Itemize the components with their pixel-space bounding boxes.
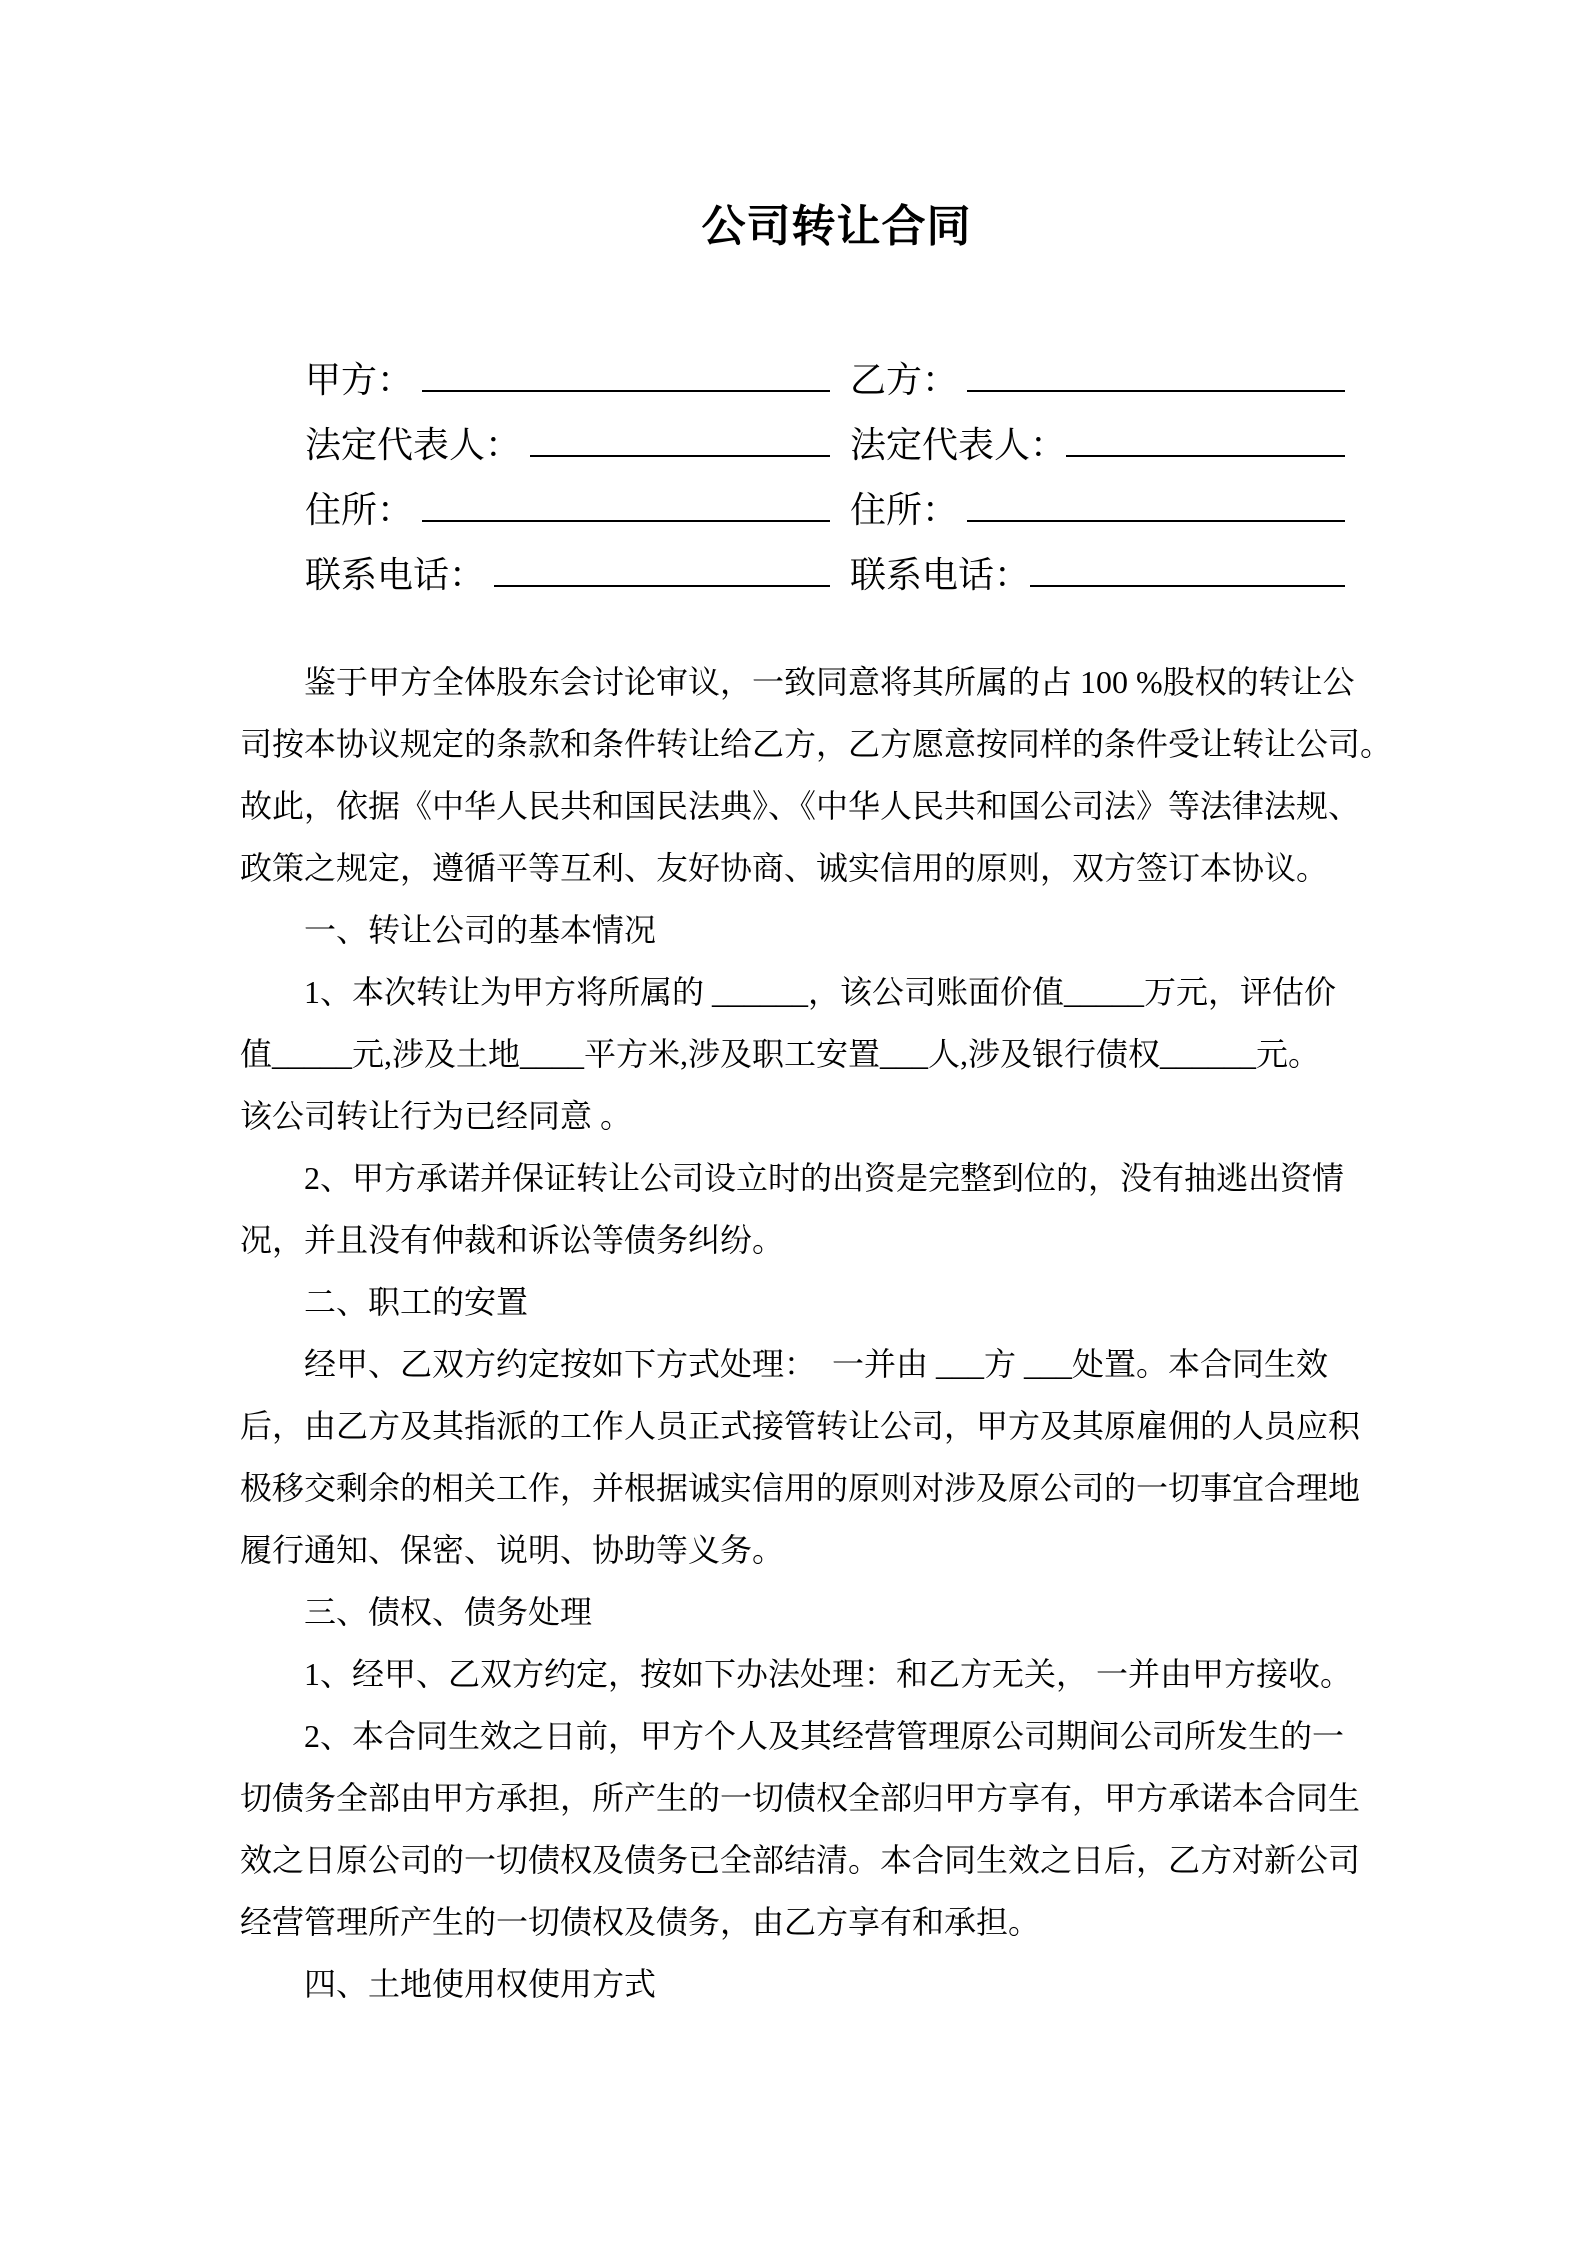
party-b-address-blank-line	[967, 486, 1345, 522]
party-b-legal-rep-blank-line	[1066, 421, 1345, 457]
paragraph-line: 况，并且没有仲裁和诉讼等债务纠纷。	[240, 1209, 1407, 1271]
paragraph-line: 经营管理所产生的一切债权及债务，由乙方享有和承担。	[240, 1891, 1407, 1953]
party-a-address-label: 住所：	[305, 482, 422, 533]
party-b-phone-label: 联系电话：	[850, 547, 1030, 598]
paragraph-line: 1、经甲、乙双方约定，按如下办法处理：和乙方无关， 一并由甲方接收。	[240, 1643, 1407, 1705]
page-title: 公司转让合同	[0, 0, 1587, 252]
party-a-name-blank-line	[422, 356, 830, 392]
party-b-label: 乙方：	[850, 352, 967, 403]
paragraph-line: 2、甲方承诺并保证转让公司设立时的出资是完整到位的，没有抽逃出资情	[240, 1147, 1407, 1209]
party-a-phone-blank-line	[494, 551, 830, 587]
paragraph-line: 效之日原公司的一切债权及债务已全部结清。本合同生效之日后，乙方对新公司	[240, 1829, 1407, 1891]
party-a-legal-rep-label: 法定代表人：	[305, 417, 530, 468]
party-info-form: 甲方： 乙方： 法定代表人： 法定代表人： 住所：	[0, 345, 1587, 605]
paragraph-line: 后，由乙方及其指派的工作人员正式接管转让公司，甲方及其原雇佣的人员应积	[240, 1395, 1407, 1457]
contract-body: 鉴于甲方全体股东会讨论审议，一致同意将其所属的占 100 %股权的转让公 司按本…	[240, 651, 1407, 2015]
party-b-address-label: 住所：	[850, 482, 967, 533]
party-a-address-blank-line	[422, 486, 830, 522]
party-b-address-field: 住所：	[850, 482, 1345, 533]
form-row-legal-rep: 法定代表人： 法定代表人：	[0, 410, 1587, 475]
party-b-name-field: 乙方：	[850, 352, 1345, 403]
form-row-address: 住所： 住所：	[0, 475, 1587, 540]
paragraph-line: 值_____元,涉及土地____平方米,涉及职工安置___人,涉及银行债权___…	[240, 1023, 1407, 1085]
paragraph-line: 经甲、乙双方约定按如下方式处理： 一并由 ___方 ___处置。本合同生效	[240, 1333, 1407, 1395]
paragraph-line: 故此，依据《中华人民共和国民法典》、《中华人民共和国公司法》等法律法规、	[240, 775, 1407, 837]
section-heading-line: 四、土地使用权使用方式	[240, 1953, 1407, 2015]
party-a-legal-rep-blank-line	[530, 421, 830, 457]
paragraph-line: 该公司转让行为已经同意 。	[240, 1085, 1407, 1147]
form-row-phone: 联系电话： 联系电话：	[0, 540, 1587, 605]
party-a-legal-rep-field: 法定代表人：	[305, 417, 830, 468]
party-a-name-field: 甲方：	[305, 352, 830, 403]
form-row-party: 甲方： 乙方：	[0, 345, 1587, 410]
party-b-phone-field: 联系电话：	[850, 547, 1345, 598]
party-a-address-field: 住所：	[305, 482, 830, 533]
paragraph-line: 司按本协议规定的条款和条件转让给乙方，乙方愿意按同样的条件受让转让公司。	[240, 713, 1407, 775]
party-a-phone-field: 联系电话：	[305, 547, 830, 598]
section-heading-line: 一、转让公司的基本情况	[240, 899, 1407, 961]
party-a-phone-label: 联系电话：	[305, 547, 494, 598]
paragraph-line: 切债务全部由甲方承担，所产生的一切债权全部归甲方享有，甲方承诺本合同生	[240, 1767, 1407, 1829]
party-b-name-blank-line	[967, 356, 1345, 392]
paragraph-line: 极移交剩余的相关工作，并根据诚实信用的原则对涉及原公司的一切事宜合理地	[240, 1457, 1407, 1519]
party-b-phone-blank-line	[1030, 551, 1345, 587]
section-heading-line: 二、职工的安置	[240, 1271, 1407, 1333]
paragraph-line: 1、本次转让为甲方将所属的 ______，该公司账面价值_____万元，评估价	[240, 961, 1407, 1023]
party-b-legal-rep-field: 法定代表人：	[850, 417, 1345, 468]
paragraph-line: 2、本合同生效之日前，甲方个人及其经营管理原公司期间公司所发生的一	[240, 1705, 1407, 1767]
paragraph-line: 鉴于甲方全体股东会讨论审议，一致同意将其所属的占 100 %股权的转让公	[240, 651, 1407, 713]
paragraph-line: 履行通知、保密、说明、协助等义务。	[240, 1519, 1407, 1581]
paragraph-line: 政策之规定，遵循平等互利、友好协商、诚实信用的原则，双方签订本协议。	[240, 837, 1407, 899]
party-b-legal-rep-label: 法定代表人：	[850, 417, 1066, 468]
party-a-label: 甲方：	[305, 352, 422, 403]
contract-document-page: 公司转让合同 甲方： 乙方： 法定代表人： 法定代表人：	[0, 0, 1587, 2245]
section-heading-line: 三、债权、债务处理	[240, 1581, 1407, 1643]
